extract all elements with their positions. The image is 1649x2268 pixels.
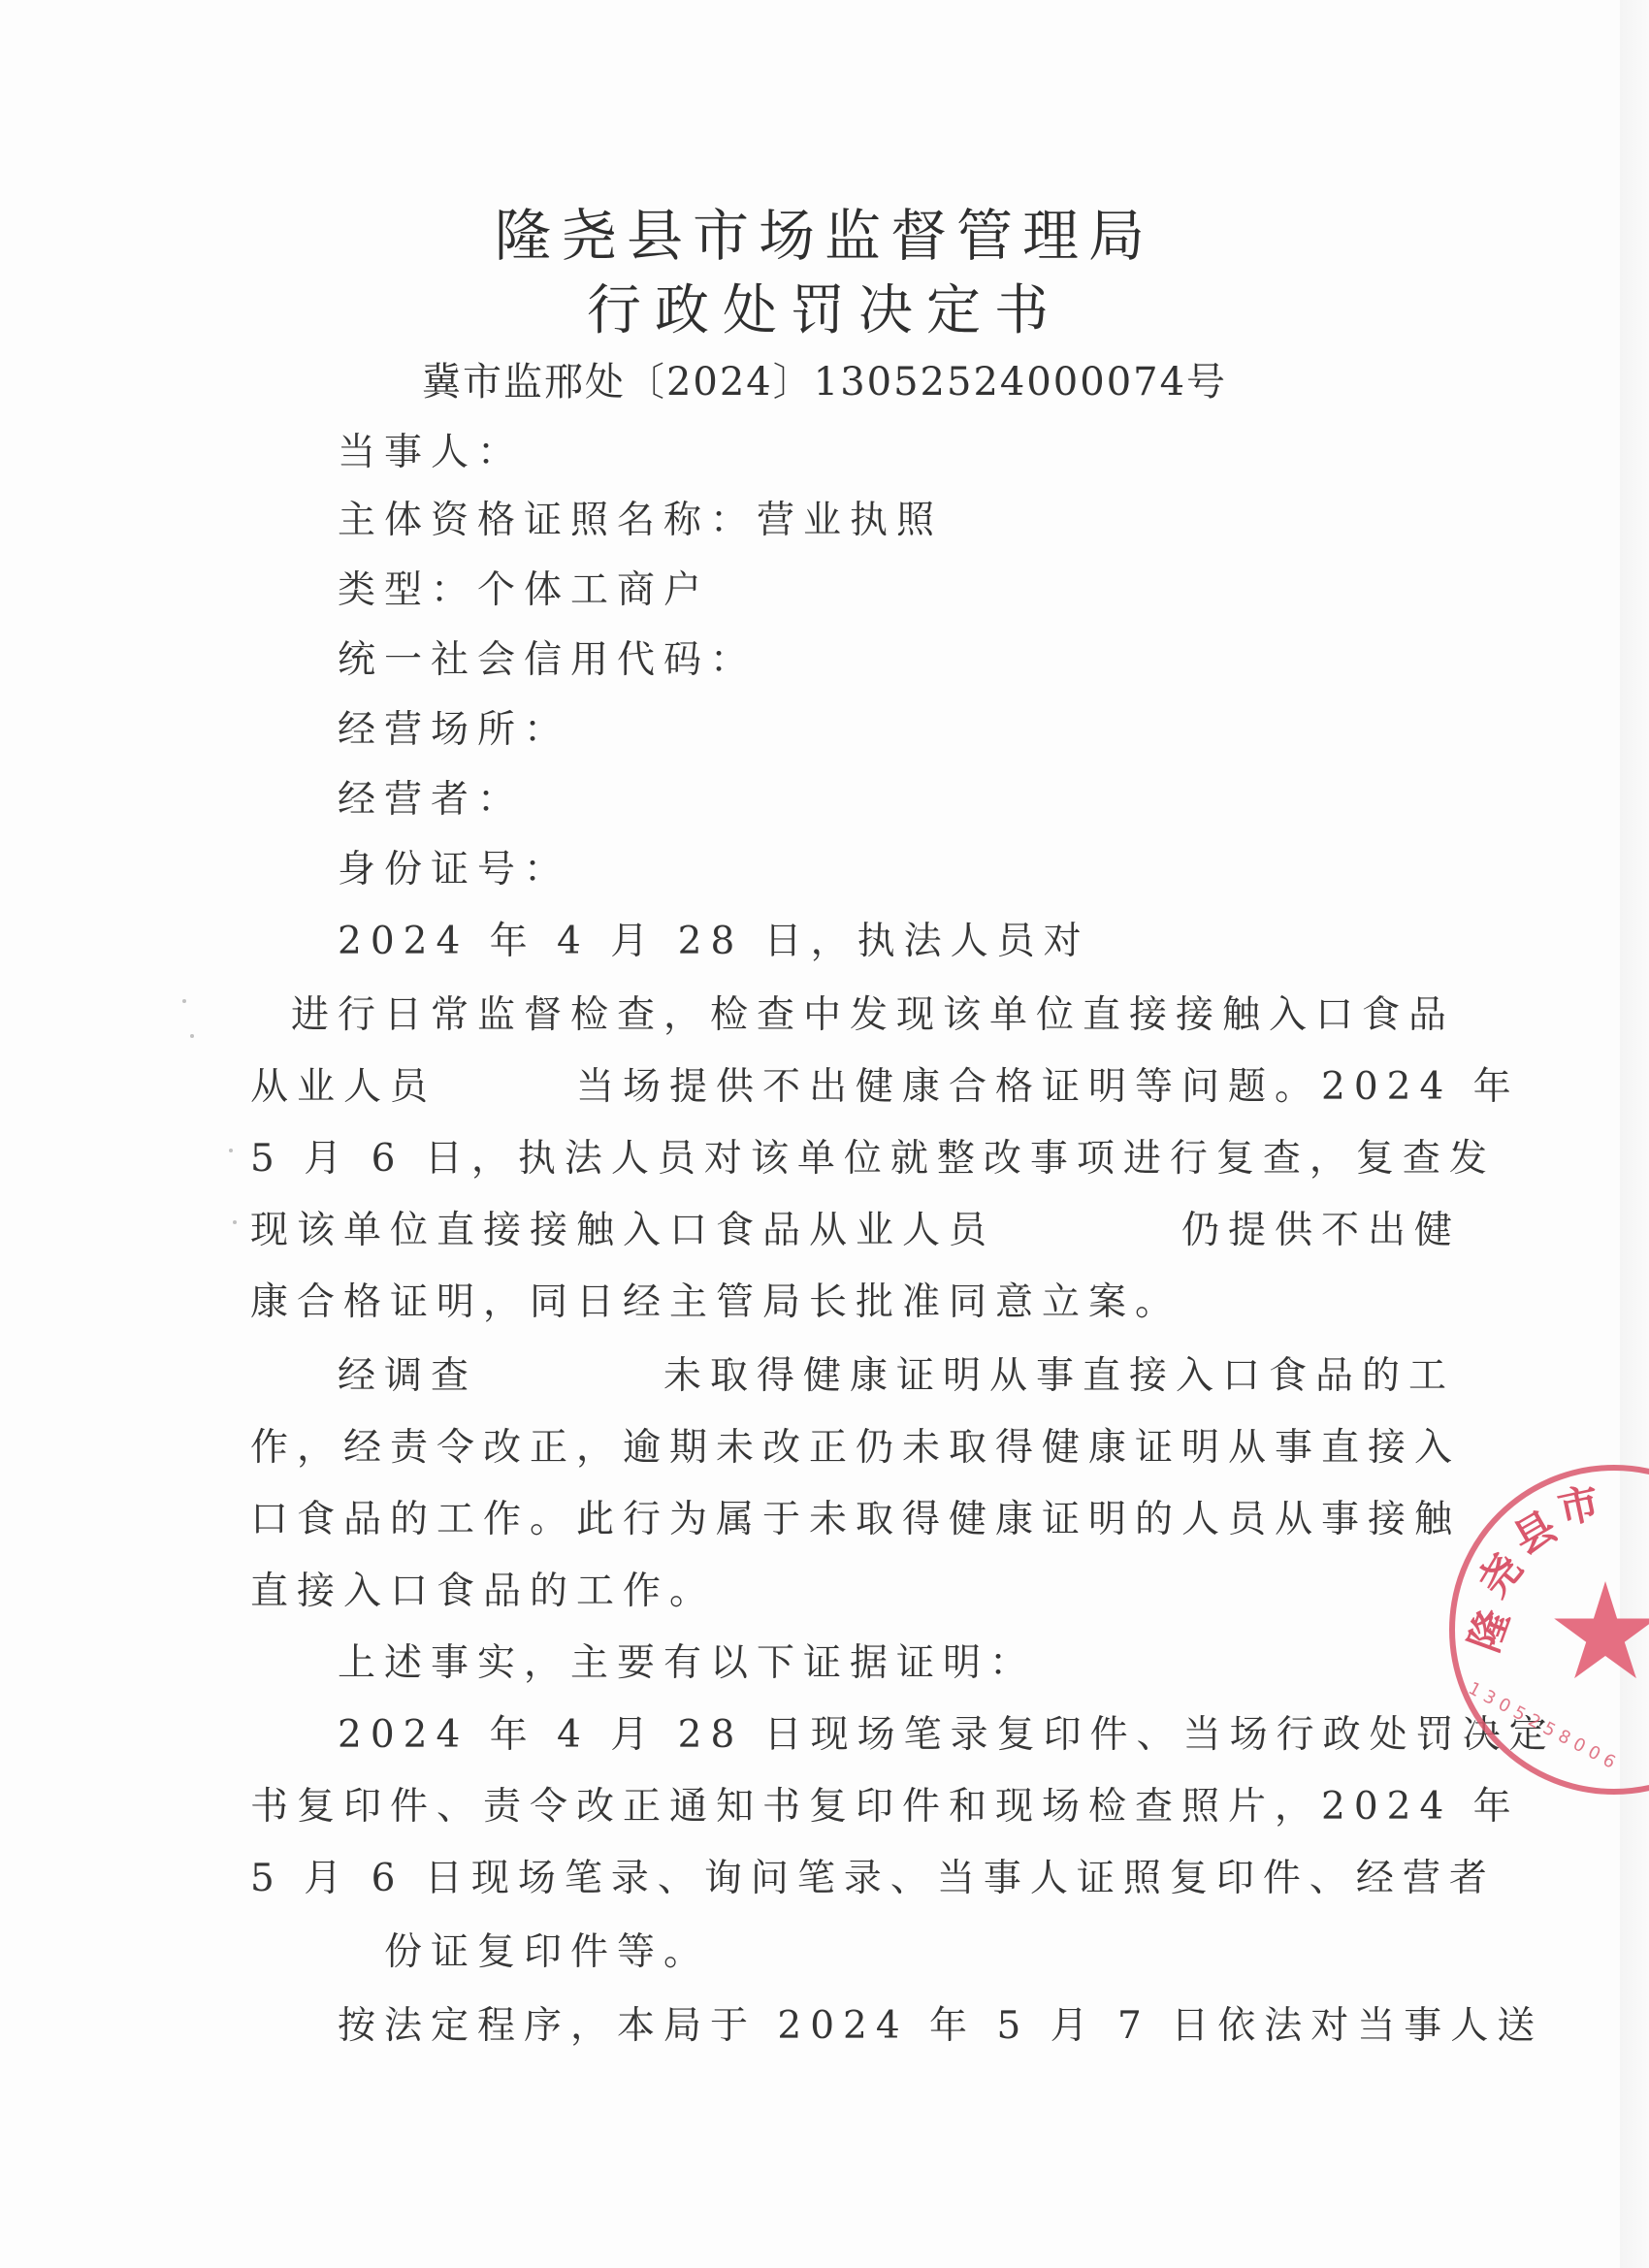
scan-speck: [190, 1034, 194, 1038]
body-line: 2024 年 4 月 28 日，执法人员对: [338, 918, 1090, 966]
field-value: 个体工商户: [477, 568, 710, 612]
field-operator: 经营者：: [338, 776, 524, 825]
body-line: 2024 年 4 月 28 日现场笔录复印件、当场行政处罚决定: [338, 1711, 1556, 1760]
body-line: 5 月 6 日现场笔录、询问笔录、当事人证照复印件、经营者: [250, 1855, 1496, 1903]
body-line: 从业人员 当场提供不出健康合格证明等问题。2024 年: [250, 1063, 1520, 1112]
body-line: 康合格证明，同日经主管局长批准同意立案。: [250, 1279, 1181, 1327]
field-credit-code: 统一社会信用代码：: [338, 636, 757, 685]
field-business-address: 经营场所：: [338, 706, 570, 755]
scan-speck: [229, 1149, 233, 1152]
body-line: 进行日常监督检查，检查中发现该单位直接接触入口食品: [291, 991, 1455, 1040]
body-line: 直接入口食品的工作。: [250, 1568, 716, 1616]
body-line: 份证复印件等。: [291, 1928, 710, 1977]
body-line: 书复印件、责令改正通知书复印件和现场检查照片，2024 年: [250, 1783, 1520, 1831]
body-line: 现该单位直接接触入口食品从业人员 仍提供不出健: [250, 1207, 1461, 1255]
field-label: 主体资格证照名称：: [338, 499, 757, 542]
field-label: 统一社会信用代码：: [338, 638, 757, 682]
field-label: 当事人：: [338, 431, 524, 474]
body-line: 经调查 未取得健康证明从事直接入口食品的工: [338, 1352, 1455, 1401]
field-party: 当事人：: [338, 429, 524, 477]
field-label: 身份证号：: [338, 848, 570, 891]
issuer-title: 隆尧县市场监督管理局: [0, 190, 1649, 272]
body-line: 按法定程序，本局于 2024 年 5 月 7 日依法对当事人送: [338, 2002, 1543, 2051]
document-type-title: 行政处罚决定书: [0, 268, 1649, 345]
field-label: 经营场所：: [338, 708, 570, 752]
document-page: 隆尧县市场监督管理局 行政处罚决定书 冀市监邢处〔2024〕1305252400…: [0, 0, 1649, 2268]
field-label: 经营者：: [338, 778, 524, 822]
field-type: 类型：个体工商户: [338, 567, 710, 615]
field-label: 类型：: [338, 568, 477, 612]
body-line: 5 月 6 日，执法人员对该单位就整改事项进行复查，复查发: [250, 1135, 1496, 1183]
field-value: 营业执照: [757, 499, 943, 542]
scan-speck: [233, 1220, 237, 1224]
field-id-number: 身份证号：: [338, 846, 570, 894]
body-line: 上述事实，主要有以下证据证明：: [338, 1639, 1036, 1688]
field-license-name: 主体资格证照名称：营业执照: [338, 497, 943, 545]
scan-speck: [182, 999, 186, 1003]
body-line: 作，经责令改正，逾期未改正仍未取得健康证明从事直接入: [250, 1424, 1461, 1473]
body-line: 口食品的工作。此行为属于未取得健康证明的人员从事接触: [250, 1496, 1461, 1544]
document-number: 冀市监邢处〔2024〕13052524000074号: [0, 351, 1649, 406]
